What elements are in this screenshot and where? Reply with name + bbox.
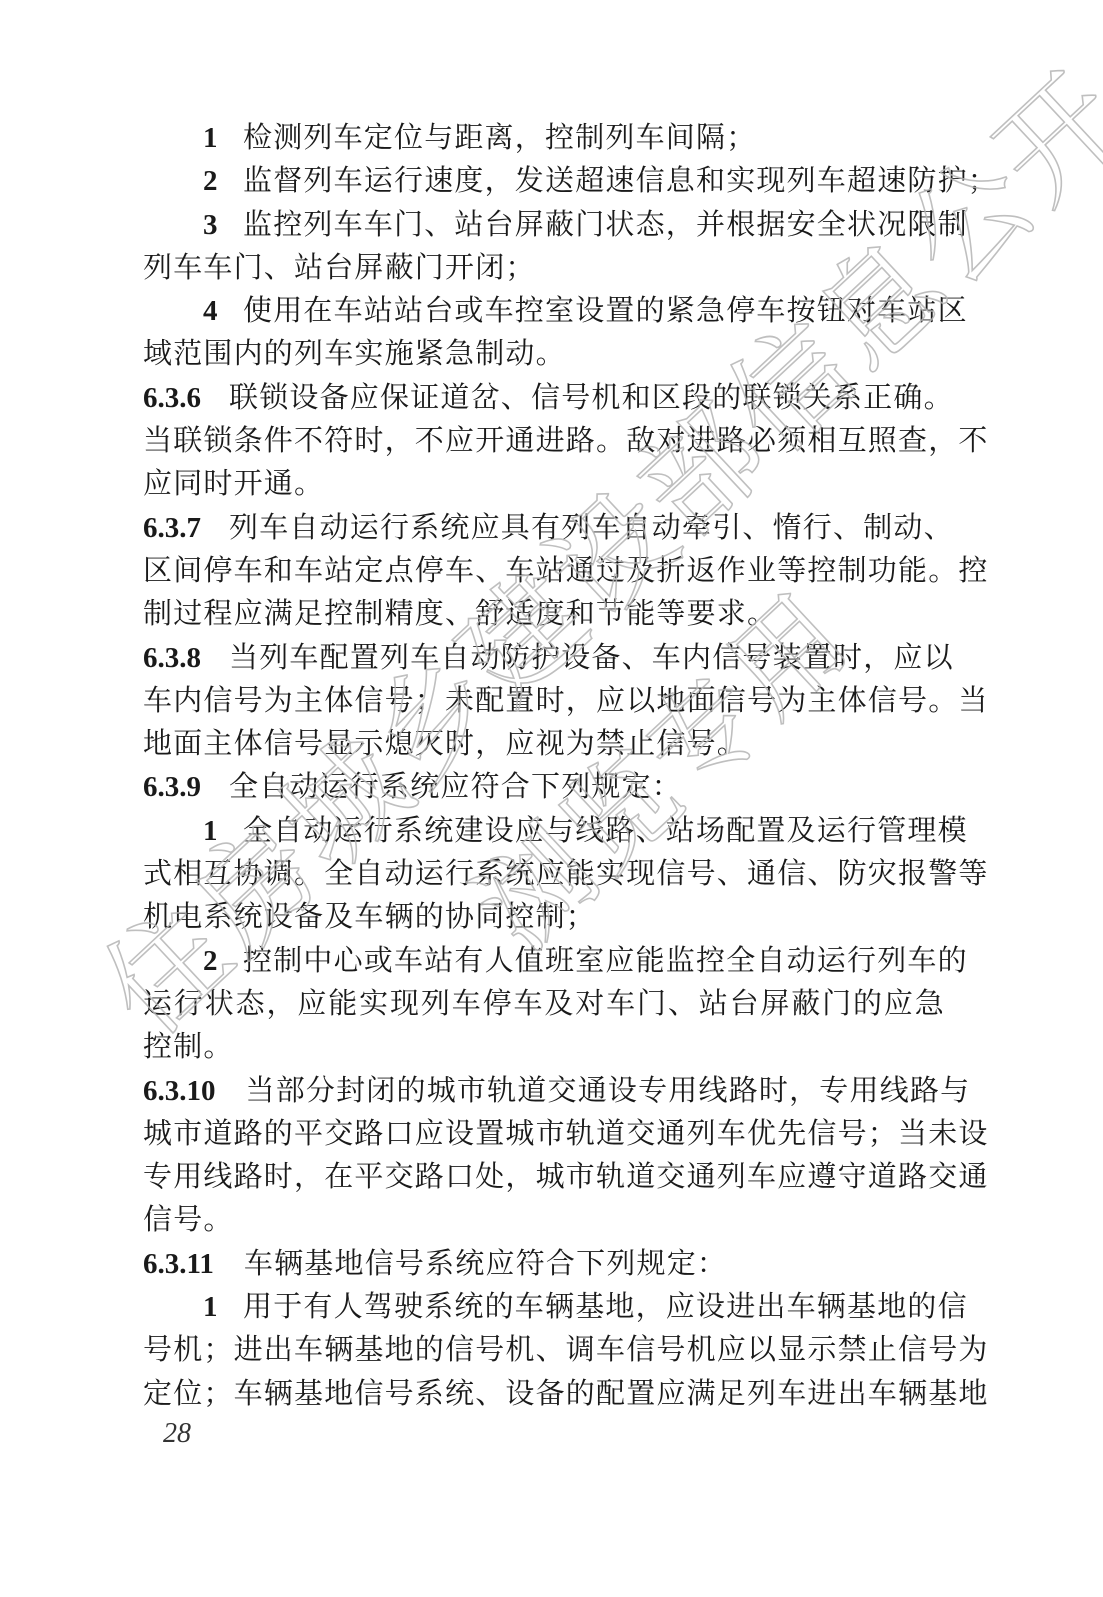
line-text: 地面主体信号显示熄灭时，应视为禁止信号。 xyxy=(143,726,747,760)
line-text: 当列车配置列车自动防护设备、车内信号装置时，应以 xyxy=(229,640,954,674)
list-item-line: 1用于有人驾驶系统的车辆基地，应设进出车辆基地的信 xyxy=(143,1285,945,1328)
line-text: 联锁设备应保证道岔、信号机和区段的联锁关系正确。 xyxy=(229,380,954,414)
list-item-line: 1检测列车定位与距离，控制列车间隔； xyxy=(143,116,945,159)
item-number: 1 xyxy=(203,1286,243,1329)
continuation-line: 运行状态，应能实现列车停车及对车门、站台屏蔽门的应急 xyxy=(143,982,945,1025)
clause-number: 6.3.8 xyxy=(143,637,201,680)
continuation-line: 号机；进出车辆基地的信号机、调车信号机应以显示禁止信号为 xyxy=(143,1328,945,1371)
line-text: 制过程应满足控制精度、舒适度和节能等要求。 xyxy=(143,596,777,630)
list-item-line: 1全自动运行系统建设应与线路、站场配置及运行管理模 xyxy=(143,809,945,852)
item-number: 2 xyxy=(203,940,243,983)
line-text: 用于有人驾驶系统的车辆基地，应设进出车辆基地的信 xyxy=(243,1289,968,1323)
continuation-line: 应同时开通。 xyxy=(143,462,945,505)
continuation-line: 区间停车和车站定点停车、车站通过及折返作业等控制功能。控 xyxy=(143,549,945,592)
line-text: 列车自动运行系统应具有列车自动牵引、惰行、制动、 xyxy=(229,510,954,544)
clause-line: 6.3.8当列车配置列车自动防护设备、车内信号装置时，应以 xyxy=(143,636,945,679)
line-text: 车内信号为主体信号；未配置时，应以地面信号为主体信号。当 xyxy=(143,683,989,717)
list-item-line: 2监督列车运行速度，发送超速信息和实现列车超速防护； xyxy=(143,159,945,202)
clause-number: 6.3.10 xyxy=(143,1070,216,1113)
line-text: 监督列车运行速度，发送超速信息和实现列车超速防护； xyxy=(243,163,998,197)
list-item-line: 4使用在车站站台或车控室设置的紧急停车按钮对车站区 xyxy=(143,289,945,332)
clause-line: 6.3.11车辆基地信号系统应符合下列规定： xyxy=(143,1242,945,1285)
continuation-line: 地面主体信号显示熄灭时，应视为禁止信号。 xyxy=(143,722,945,765)
continuation-line: 当联锁条件不符时，不应开通进路。敌对进路必须相互照查，不 xyxy=(143,419,945,462)
clause-line: 6.3.7列车自动运行系统应具有列车自动牵引、惰行、制动、 xyxy=(143,506,945,549)
line-text: 区间停车和车站定点停车、车站通过及折返作业等控制功能。控 xyxy=(143,553,989,587)
line-text: 号机；进出车辆基地的信号机、调车信号机应以显示禁止信号为 xyxy=(143,1332,989,1366)
line-text: 机电系统设备及车辆的协同控制； xyxy=(143,899,596,933)
line-text: 当联锁条件不符时，不应开通进路。敌对进路必须相互照查，不 xyxy=(143,423,989,457)
line-text: 全自动运行系统建设应与线路、站场配置及运行管理模 xyxy=(243,813,968,847)
continuation-line: 制过程应满足控制精度、舒适度和节能等要求。 xyxy=(143,592,945,635)
line-text: 运行状态，应能实现列车停车及对车门、站台屏蔽门的应急 xyxy=(143,986,945,1020)
line-text: 列车车门、站台屏蔽门开闭； xyxy=(143,250,536,284)
continuation-line: 列车车门、站台屏蔽门开闭； xyxy=(143,246,945,289)
item-number: 4 xyxy=(203,290,243,333)
item-number: 1 xyxy=(203,810,243,853)
line-text: 控制。 xyxy=(143,1029,234,1063)
line-text: 全自动运行系统应符合下列规定： xyxy=(229,769,682,803)
item-number: 2 xyxy=(203,160,243,203)
line-text: 城市道路的平交路口应设置城市轨道交通列车优先信号；当未设 xyxy=(143,1116,989,1150)
continuation-line: 域范围内的列车实施紧急制动。 xyxy=(143,332,945,375)
clause-line: 6.3.9全自动运行系统应符合下列规定： xyxy=(143,765,945,808)
clause-line: 6.3.6联锁设备应保证道岔、信号机和区段的联锁关系正确。 xyxy=(143,376,945,419)
line-text: 检测列车定位与距离，控制列车间隔； xyxy=(243,120,756,154)
continuation-line: 专用线路时，在平交路口处，城市轨道交通列车应遵守道路交通 xyxy=(143,1155,945,1198)
continuation-line: 信号。 xyxy=(143,1198,945,1241)
continuation-line: 城市道路的平交路口应设置城市轨道交通列车优先信号；当未设 xyxy=(143,1112,945,1155)
continuation-line: 定位；车辆基地信号系统、设备的配置应满足列车进出车辆基地 xyxy=(143,1372,945,1415)
clause-line: 6.3.10当部分封闭的城市轨道交通设专用线路时，专用线路与 xyxy=(143,1069,945,1112)
item-number: 3 xyxy=(203,204,243,247)
clause-number: 6.3.7 xyxy=(143,507,201,550)
clause-number: 6.3.9 xyxy=(143,766,201,809)
line-text: 当部分封闭的城市轨道交通设专用线路时，专用线路与 xyxy=(246,1073,971,1107)
item-number: 1 xyxy=(203,117,243,160)
continuation-line: 式相互协调。全自动运行系统应能实现信号、通信、防灾报警等 xyxy=(143,852,945,895)
clause-number: 6.3.11 xyxy=(143,1243,214,1286)
line-text: 应同时开通。 xyxy=(143,466,324,500)
continuation-line: 车内信号为主体信号；未配置时，应以地面信号为主体信号。当 xyxy=(143,679,945,722)
line-text: 车辆基地信号系统应符合下列规定： xyxy=(244,1246,727,1280)
line-text: 监控列车车门、站台屏蔽门状态，并根据安全状况限制 xyxy=(243,207,968,241)
list-item-line: 2控制中心或车站有人值班室应能监控全自动运行列车的 xyxy=(143,939,945,982)
line-text: 定位；车辆基地信号系统、设备的配置应满足列车进出车辆基地 xyxy=(143,1376,989,1410)
line-text: 式相互协调。全自动运行系统应能实现信号、通信、防灾报警等 xyxy=(143,856,989,890)
line-text: 信号。 xyxy=(143,1202,234,1236)
line-text: 域范围内的列车实施紧急制动。 xyxy=(143,336,566,370)
continuation-line: 机电系统设备及车辆的协同控制； xyxy=(143,895,945,938)
continuation-line: 控制。 xyxy=(143,1025,945,1068)
document-body: 1检测列车定位与距离，控制列车间隔；2监督列车运行速度，发送超速信息和实现列车超… xyxy=(143,116,945,1415)
list-item-line: 3监控列车车门、站台屏蔽门状态，并根据安全状况限制 xyxy=(143,203,945,246)
line-text: 使用在车站站台或车控室设置的紧急停车按钮对车站区 xyxy=(243,293,968,327)
line-text: 专用线路时，在平交路口处，城市轨道交通列车应遵守道路交通 xyxy=(143,1159,989,1193)
clause-number: 6.3.6 xyxy=(143,377,201,420)
page-number: 28 xyxy=(163,1418,191,1450)
line-text: 控制中心或车站有人值班室应能监控全自动运行列车的 xyxy=(243,943,968,977)
